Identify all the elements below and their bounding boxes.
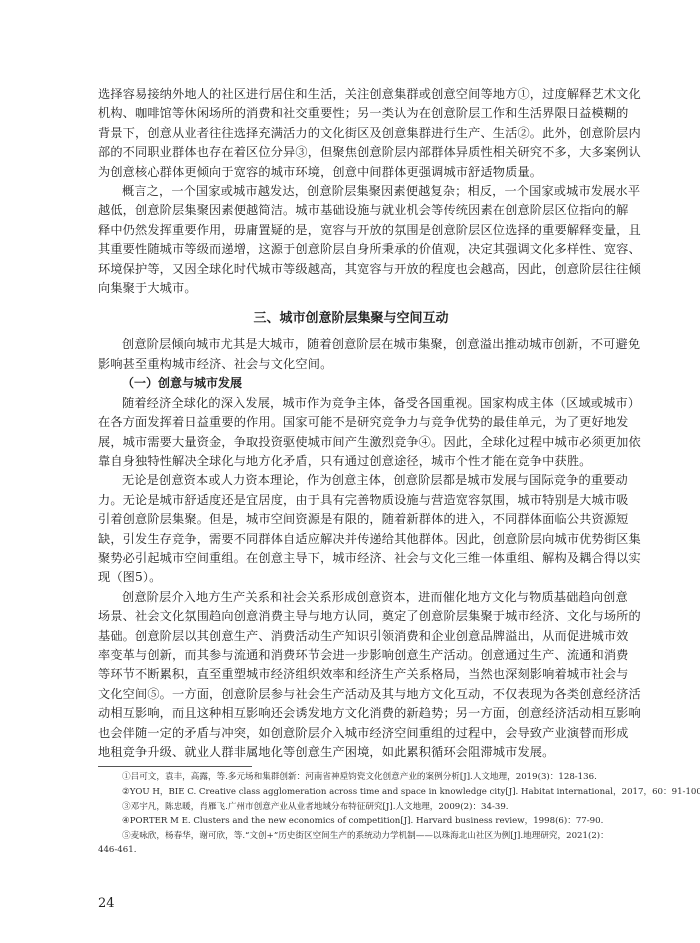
paragraph-body-1: 随着经济全球化的深入发展，城市作为竞争主体，备受各国重视。国家构成主体（区域或城… [98,394,604,472]
footnote-1: ①吕可文，袁丰，高露，等.多元场和集群创新：河南省神垕钧瓷文化创意产业的案例分析… [98,770,604,785]
text-line: 缺，引发生存竞争，需要不同群体自适应解决并传递给其他群体。因此，创意阶层向城市优… [98,530,604,549]
paper-page: 选择容易接纳外地人的社区进行居住和生活，关注创意集群或创意空间等地方①，过度解释… [98,85,604,858]
text-line: 部的不同职业群体也存在着区位分异③，但聚焦创意阶层内部群体异质性相关研究不多，大… [98,143,604,162]
footnotes: ①吕可文，袁丰，高露，等.多元场和集群创新：河南省神垕钧瓷文化创意产业的案例分析… [98,770,604,858]
paragraph-body-3: 创意阶层介入地方生产关系和社会关系形成创意资本，进而催化地方文化与物质基础趋向创… [98,588,604,763]
text-line: 影响甚至重构城市经济、社会与文化空间。 [98,355,604,374]
paragraph-top-1: 选择容易接纳外地人的社区进行居住和生活，关注创意集群或创意空间等地方①，过度解释… [98,85,604,182]
text-line: 地租竞争升级、就业人群非属地化等创意生产困境，如此累积循环会阻滞城市发展。 [98,743,604,762]
text-line: 背景下，创意从业者往往选择充满活力的文化街区及创意集群进行生产、生活②。此外，创… [98,124,604,143]
text-line: 场景、社会文化氛围趋向创意消费主导与地方认同，奠定了创意阶层集聚于城市经济、文化… [98,607,604,626]
page-number: 24 [98,896,115,911]
footnote-3: ③邓宇凡，陈忠暖，肖雁飞.广州市创意产业从业者地域分布特征研究[J].人文地理，… [98,800,604,815]
text-line: 力。无论是城市舒适度还是宜居度，由于具有完善物质设施与营造宽容氛围，城市特别是大… [98,491,604,510]
text-line: 随着经济全球化的深入发展，城市作为竞争主体，备受各国重视。国家构成主体（区域或城… [98,394,604,413]
footnote-5: ⑤麦咏欣，杨春华，谢可欣，等.“文创+”历史街区空间生产的系统动力学机制——以珠… [98,829,604,844]
text-line: 率变革与创新，而其参与流通和消费环节会进一步影响创意生产活动。创意通过生产、流通… [98,646,604,665]
subsection-title: （一）创意与城市发展 [98,374,604,393]
paragraph-top-2: 概言之，一个国家或城市越发达，创意阶层集聚因素便越复杂；相反，一个国家或城市发展… [98,182,604,298]
section-intro: 创意阶层倾向城市尤其是大城市，随着创意阶层在城市集聚，创意溢出推动城市创新，不可… [98,335,604,374]
text-line: 创意阶层介入地方生产关系和社会关系形成创意资本，进而催化地方文化与物质基础趋向创… [98,588,604,607]
text-line: 向集聚于大城市。 [98,279,604,298]
text-line: 聚势必引起城市空间重组。在创意主导下，城市经济、社会与文化三维一体重组、解构及耦… [98,549,604,568]
footnote-4: ④PORTER M E. Clusters and the new econom… [98,814,604,829]
footnote-2: ②YOU H，BIE C. Creative class agglomerati… [98,785,604,800]
text-line: 基础。创意阶层以其创意生产、消费活动生产知识引领消费和企业创意品牌溢出，从而促进… [98,627,604,646]
text-line: 无论是创意资本或人力资本理论，作为创意主体，创意阶层都是城市发展与国际竞争的重要… [98,471,604,490]
text-line: 等环节不断累积，直至重塑城市经济组织效率和经济生产关系格局，当然也深刻影响着城市… [98,665,604,684]
text-line: 展，城市需要大量资金，争取投资驱使城市间产生激烈竞争④。因此，全球化过程中城市必… [98,433,604,452]
text-line: 靠自身独特性解决全球化与地方化矛盾，只有通过创意途径，城市个性才能在竞争中获胜。 [98,452,604,471]
section-title: 三、城市创意阶层集聚与空间互动 [98,310,604,328]
text-line: 为创意核心群体更倾向于宽容的城市环境，创意中间群体更强调城市舒适物质量。 [98,163,604,182]
text-line: 概言之，一个国家或城市越发达，创意阶层集聚因素便越复杂；相反，一个国家或城市发展… [98,182,604,201]
text-line: 在各方面发挥着日益重要的作用。国家可能不是研究竞争力与竞争优势的最佳单元，为了更… [98,413,604,432]
text-line: 越低，创意阶层集聚因素便越简洁。城市基础设施与就业机会等传统因素在创意阶层区位指… [98,201,604,220]
text-line: 选择容易接纳外地人的社区进行居住和生活，关注创意集群或创意空间等地方①，过度解释… [98,85,604,104]
text-line: 环境保护等，又因全球化时代城市等级越高，其宽容与开放的程度也会越高，因此，创意阶… [98,260,604,279]
footnote-divider [98,766,252,767]
text-line: 机构、咖啡馆等休闲场所的消费和社交重要性；另一类认为在创意阶层工作和生活界限日益… [98,104,604,123]
text-line: 其重要性随城市等级而递增，这源于创意阶层自身所秉承的价值观，决定其强调文化多样性… [98,240,604,259]
text-line: 动相互影响，而且这种相互影响还会诱发地方文化消费的新趋势；另一方面，创意经济活动… [98,704,604,723]
text-line: 现（图5）。 [98,568,604,587]
text-line: 也会伴随一定的矛盾与冲突，如创意阶层介入城市经济空间重组的过程中，会导致产业演替… [98,724,604,743]
footnote-5-continued: 446-461. [98,843,604,858]
text-line: 创意阶层倾向城市尤其是大城市，随着创意阶层在城市集聚，创意溢出推动城市创新，不可… [98,335,604,354]
text-line: 文化空间⑤。一方面，创意阶层参与社会生产活动及其与地方文化互动，不仅表现为各类创… [98,685,604,704]
paragraph-body-2: 无论是创意资本或人力资本理论，作为创意主体，创意阶层都是城市发展与国际竞争的重要… [98,471,604,587]
text-line: 引着创意阶层集聚。但是，城市空间资源是有限的，随着新群体的进入，不同群体面临公共… [98,510,604,529]
text-line: 释中仍然发挥重要作用，毋庸置疑的是，宽容与开放的氛围是创意阶层区位选择的重要解释… [98,221,604,240]
